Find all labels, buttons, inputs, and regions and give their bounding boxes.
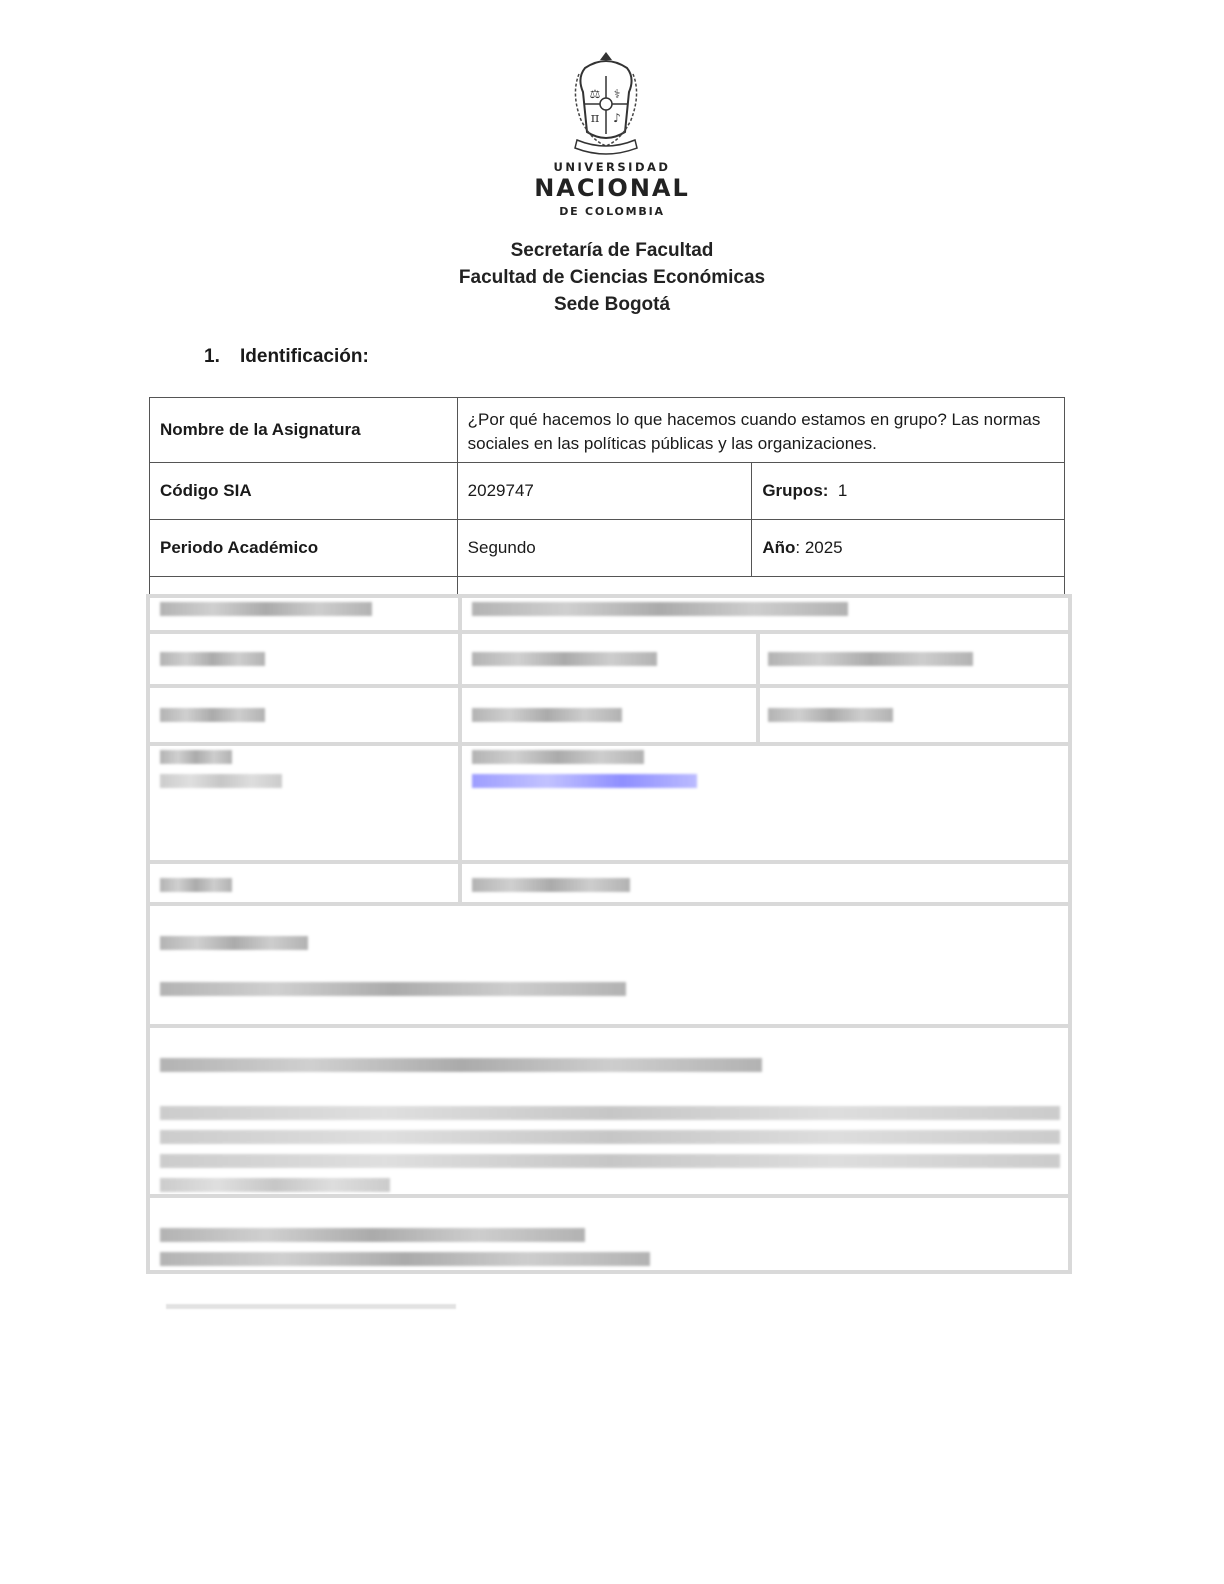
- row-label: Código SIA: [150, 463, 458, 520]
- row-label: Nombre de la Asignatura: [150, 398, 458, 463]
- university-crest-icon: ⚖ ⚕ π ♪: [565, 48, 647, 158]
- course-name-value: ¿Por qué hacemos lo que hacemos cuando e…: [457, 398, 1064, 463]
- periodo-value: Segundo: [457, 520, 752, 577]
- table-row: Periodo Académico Segundo Año: 2025: [150, 520, 1065, 577]
- svg-text:♪: ♪: [613, 111, 621, 125]
- header-secretaria: Secretaría de Facultad: [0, 240, 1224, 262]
- logo-line-1: UNIVERSIDAD: [0, 160, 1224, 174]
- footnote-separator: [166, 1304, 456, 1309]
- svg-text:⚕: ⚕: [614, 87, 621, 101]
- section-title: Identificación:: [240, 346, 369, 367]
- section-number: 1.: [204, 346, 240, 368]
- table-row: Nombre de la Asignatura ¿Por qué hacemos…: [150, 398, 1065, 463]
- logo-line-2: NACIONAL: [0, 174, 1224, 202]
- codigo-sia-value: 2029747: [457, 463, 752, 520]
- logo-line-3: DE COLOMBIA: [0, 205, 1224, 218]
- svg-text:⚖: ⚖: [590, 87, 601, 101]
- row-label: Periodo Académico: [150, 520, 458, 577]
- identification-table: Nombre de la Asignatura ¿Por qué hacemos…: [149, 397, 1065, 597]
- anio-cell: Año: 2025: [752, 520, 1065, 577]
- header-facultad: Facultad de Ciencias Económicas: [0, 267, 1224, 289]
- table-row: Código SIA 2029747 Grupos: 1: [150, 463, 1065, 520]
- svg-text:π: π: [591, 111, 600, 126]
- section-heading: 1.Identificación:: [204, 346, 369, 368]
- header-sede: Sede Bogotá: [0, 294, 1224, 316]
- redacted-region: [146, 594, 1072, 1276]
- grupos-cell: Grupos: 1: [752, 463, 1065, 520]
